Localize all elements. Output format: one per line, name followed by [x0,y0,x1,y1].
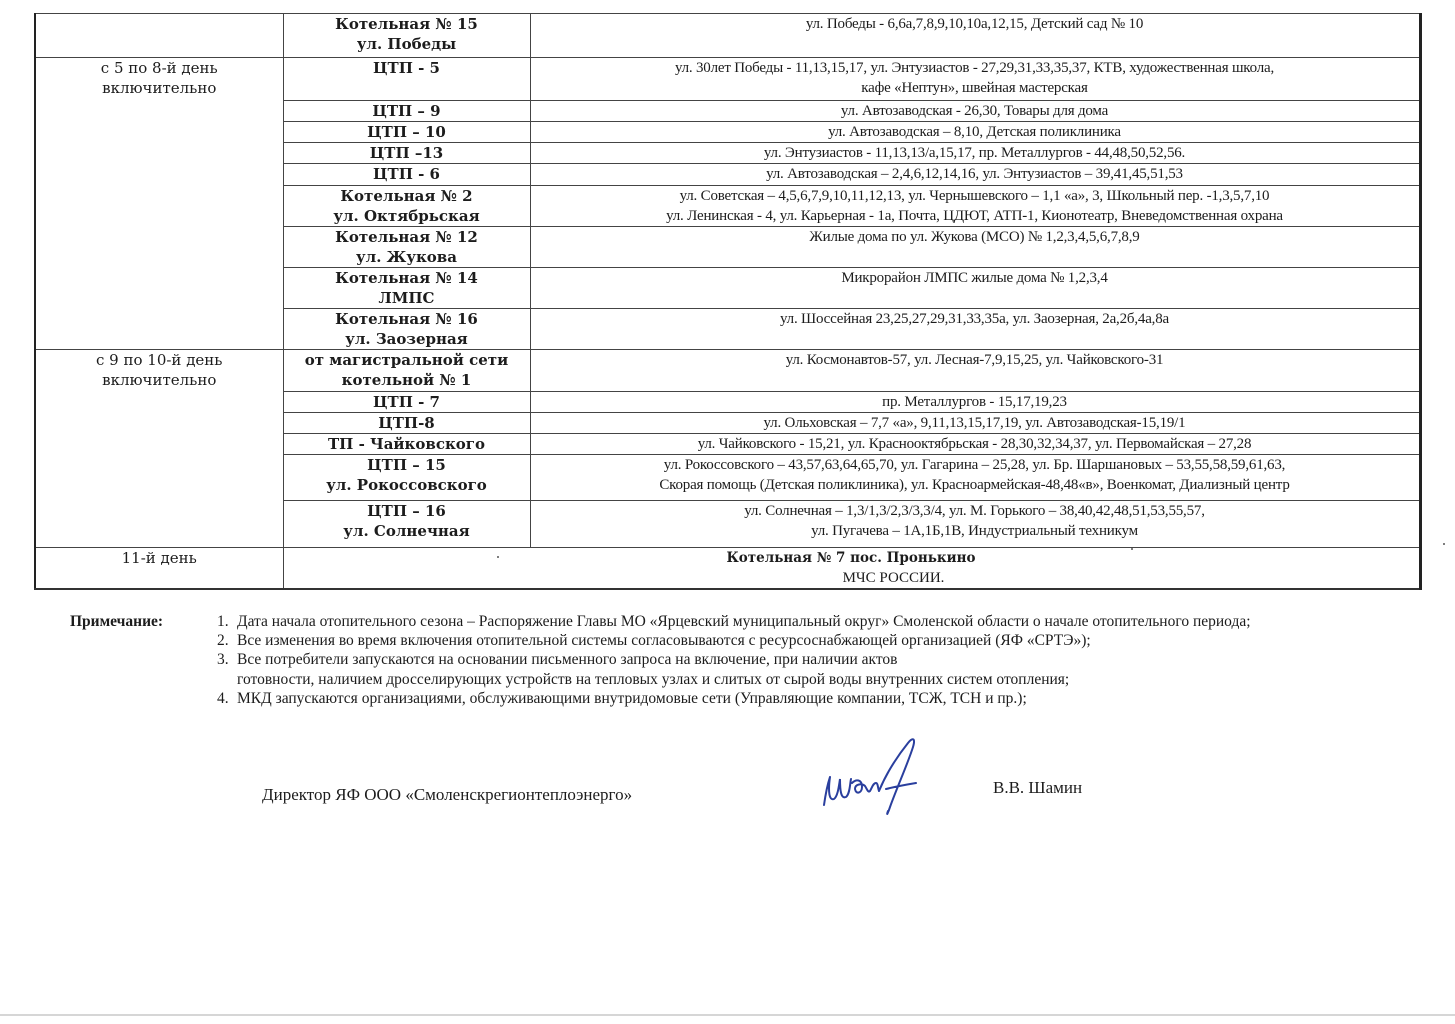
final-source-cell: Котельная № 7 пос. ПронькиноМЧС РОССИИ. [283,548,1420,590]
period-cell: 11-й день [35,548,283,590]
address-line: Микрорайон ЛМПС жилые дома № 1,2,3,4 [535,268,1415,288]
heat-source-cell: ЦТП - 7 [283,392,530,413]
address-line: ул. Чайковского - 15,21, ул. Краснооктяб… [535,434,1415,454]
heat-source-line: ЦТП - 5 [288,58,526,78]
heat-source-cell: Котельная № 16ул. Заозерная [283,309,530,350]
note-text: МКД запускаются организациями, обслужива… [237,690,1027,707]
address-line: ул. Автозаводская - 26,30, Товары для до… [535,101,1415,121]
heat-source-line: Котельная № 14 [288,268,526,288]
addresses-cell: пр. Металлургов - 15,17,19,23 [530,392,1420,413]
heat-source-cell: ЦТП –13 [283,143,530,164]
period-cell [35,14,283,58]
addresses-cell: ул. Энтузиастов - 11,13,13/а,15,17, пр. … [530,143,1420,164]
heat-source-line: ЦТП – 15 [288,455,526,475]
page-edge-divider [0,1014,1455,1016]
heat-source-cell: ЦТП – 10 [283,122,530,143]
table-row-final: 11-й деньКотельная № 7 пос. ПронькиноМЧС… [35,548,1420,590]
note-text: Дата начала отопительного сезона – Распо… [237,613,1251,630]
heat-source-line: ул. Рокоссовского [288,475,526,495]
heat-source-line: Котельная № 15 [288,14,526,34]
address-line: ул. Энтузиастов - 11,13,13/а,15,17, пр. … [535,143,1415,163]
period-cell: с 5 по 8-й день включительно [35,58,283,350]
notes-list: 1.Дата начала отопительного сезона – Рас… [217,612,1251,708]
heat-source-line: от магистральной сети [288,350,526,370]
note-text-continued: готовности, наличием дросселирующих устр… [217,670,1251,689]
table-row: Котельная № 15ул. Победыул. Победы - 6,6… [35,14,1420,58]
addresses-cell: Жилые дома по ул. Жукова (МСО) № 1,2,3,4… [530,227,1420,268]
note-item: 4.МКД запускаются организациями, обслужи… [217,689,1251,708]
heat-source-line: ЦТП – 10 [288,122,526,142]
heat-source-cell: от магистральной сетикотельной № 1 [283,350,530,392]
heat-source-line: ЦТП - 7 [288,392,526,412]
addresses-cell: ул. Автозаводская – 8,10, Детская поликл… [530,122,1420,143]
addresses-cell: ул. Чайковского - 15,21, ул. Краснооктяб… [530,434,1420,455]
address-line: ул. Автозаводская – 2,4,6,12,14,16, ул. … [535,164,1415,184]
heat-source-cell: ТП - Чайковского [283,434,530,455]
address-line: кафе «Нептун», швейная мастерская [535,78,1415,98]
table-row: с 5 по 8-й день включительноЦТП - 5ул. 3… [35,58,1420,101]
heat-source-line: ул. Жукова [288,247,526,267]
heat-source-line: ЦТП – 16 [288,501,526,521]
note-number: 4. [217,689,237,708]
note-text: Все потребители запускаются на основании… [237,651,897,668]
note-number: 1. [217,612,237,631]
heat-source-line: Котельная № 16 [288,309,526,329]
address-line: ул. Ленинская - 4, ул. Карьерная - 1а, П… [535,206,1415,226]
address-line: ул. Автозаводская – 8,10, Детская поликл… [535,122,1415,142]
note-item: 1.Дата начала отопительного сезона – Рас… [217,612,1251,631]
note-item: 2.Все изменения во время включения отопи… [217,631,1251,650]
scan-speck [1443,543,1445,545]
heat-source-line: ул. Заозерная [288,329,526,349]
addresses-cell: ул. Космонавтов-57, ул. Лесная-7,9,15,25… [530,350,1420,392]
notes-label: Примечание: [70,612,163,631]
heat-source-line: ул. Солнечная [288,521,526,541]
note-number: 3. [217,650,237,669]
scan-speck [497,556,499,558]
heat-source-cell: ЦТП-8 [283,413,530,434]
heat-source-line: ул. Октябрьская [288,206,526,226]
address-line: Скорая помощь (Детская поликлиника), ул.… [535,475,1415,495]
note-text: Все изменения во время включения отопите… [237,632,1091,649]
addresses-cell: ул. Советская – 4,5,6,7,9,10,11,12,13, у… [530,186,1420,227]
addresses-cell: ул. 30лет Победы - 11,13,15,17, ул. Энту… [530,58,1420,101]
handwritten-signature-icon [812,733,952,823]
addresses-cell: ул. Ольховская – 7,7 «а», 9,11,13,15,17,… [530,413,1420,434]
heat-source-line: ЦТП-8 [288,413,526,433]
heat-source-line: Котельная № 7 пос. Пронькино [288,548,1415,568]
heat-source-cell: Котельная № 2ул. Октябрьская [283,186,530,227]
heating-schedule-table: Котельная № 15ул. Победыул. Победы - 6,6… [34,13,1422,590]
heat-source-cell: ЦТП – 15ул. Рокоссовского [283,455,530,501]
signatory-name: В.В. Шамин [993,778,1082,798]
heat-source-cell: ЦТП - 6 [283,164,530,186]
heat-source-line: ТП - Чайковского [288,434,526,454]
heat-source-line: Котельная № 2 [288,186,526,206]
period-cell: с 9 по 10-й день включительно [35,350,283,548]
note-item: 3.Все потребители запускаются на основан… [217,650,1251,688]
address-line: ул. 30лет Победы - 11,13,15,17, ул. Энту… [535,58,1415,78]
addresses-cell: ул. Шоссейная 23,25,27,29,31,33,35а, ул.… [530,309,1420,350]
addresses-cell: ул. Солнечная – 1,3/1,3/2,3/3,3/4, ул. М… [530,501,1420,548]
heat-source-cell: Котельная № 15ул. Победы [283,14,530,58]
scan-speck [1131,548,1133,550]
addresses-cell: ул. Победы - 6,6а,7,8,9,10,10а,12,15, Де… [530,14,1420,58]
heat-source-line: ЦТП – 9 [288,101,526,121]
addresses-cell: ул. Автозаводская – 2,4,6,12,14,16, ул. … [530,164,1420,186]
address-line: Жилые дома по ул. Жукова (МСО) № 1,2,3,4… [535,227,1415,247]
heat-source-line: ЦТП - 6 [288,164,526,184]
addresses-cell: Микрорайон ЛМПС жилые дома № 1,2,3,4 [530,268,1420,309]
note-number: 2. [217,631,237,650]
address-line: ул. Космонавтов-57, ул. Лесная-7,9,15,25… [535,350,1415,370]
address-line: ул. Рокоссовского – 43,57,63,64,65,70, у… [535,455,1415,475]
heat-source-cell: Котельная № 12ул. Жукова [283,227,530,268]
table-row: с 9 по 10-й день включительноот магистра… [35,350,1420,392]
address-line: ул. Ольховская – 7,7 «а», 9,11,13,15,17,… [535,413,1415,433]
heat-source-cell: ЦТП – 16ул. Солнечная [283,501,530,548]
heat-source-cell: Котельная № 14ЛМПС [283,268,530,309]
address-line: пр. Металлургов - 15,17,19,23 [535,392,1415,412]
signatory-title: Директор ЯФ ООО «Смоленскрегионтеплоэнер… [262,785,632,805]
addresses-cell: ул. Рокоссовского – 43,57,63,64,65,70, у… [530,455,1420,501]
heat-source-cell: ЦТП - 5 [283,58,530,101]
addresses-cell: ул. Автозаводская - 26,30, Товары для до… [530,101,1420,122]
address-line: ул. Пугачева – 1А,1Б,1В, Индустриальный … [535,521,1415,541]
address-line: ул. Победы - 6,6а,7,8,9,10,10а,12,15, Де… [535,14,1415,34]
heat-source-line: ЦТП –13 [288,143,526,163]
heat-source-cell: ЦТП – 9 [283,101,530,122]
heat-source-line: ЛМПС [288,288,526,308]
address-line: ул. Советская – 4,5,6,7,9,10,11,12,13, у… [535,186,1415,206]
responsible-org: МЧС РОССИИ. [288,568,1415,588]
heat-source-line: ул. Победы [288,34,526,54]
heat-source-line: Котельная № 12 [288,227,526,247]
address-line: ул. Солнечная – 1,3/1,3/2,3/3,3/4, ул. М… [535,501,1415,521]
heat-source-line: котельной № 1 [288,370,526,390]
address-line: ул. Шоссейная 23,25,27,29,31,33,35а, ул.… [535,309,1415,329]
